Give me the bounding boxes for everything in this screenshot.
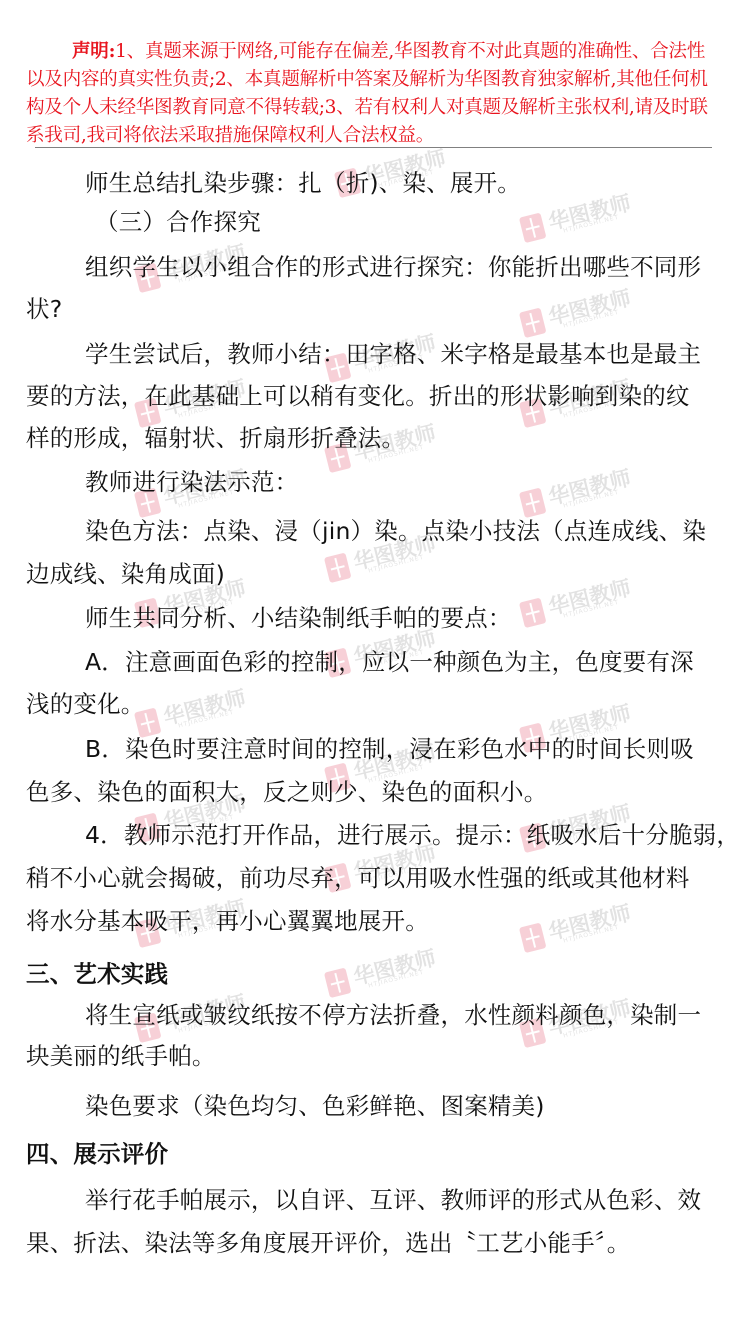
paragraph-dye-methods-cont: 边成线、染角成面) [26, 555, 716, 589]
paragraph-point-a-cont: 浅的变化。 [26, 685, 716, 719]
paragraph-group-inquiry-cont: 状? [26, 290, 716, 324]
paragraph-key-points: 师生共同分析、小结染制纸手帕的要点： [85, 599, 748, 633]
disclaimer: 声明:1、真题来源于网络,可能存在偏差,华图教育不对此真题的准确性、合法性以及内… [26, 38, 712, 150]
section-heading-display-review: 四、展示评价 [26, 1135, 716, 1169]
paragraph-teacher-summary: 学生尝试后，教师小结：田字格、米字格是最基本也是最主 [85, 335, 748, 369]
paragraph-point-b-cont: 色多、染色的面积大，反之则少、染色的面积小。 [26, 773, 716, 807]
disclaimer-lead: 声明: [72, 41, 115, 62]
paragraph-group-inquiry: 组织学生以小组合作的形式进行探究：你能折出哪些不同形 [85, 248, 748, 282]
document-page: 声明:1、真题来源于网络,可能存在偏差,华图教育不对此真题的准确性、合法性以及内… [0, 0, 748, 1335]
section-heading-cooperative-inquiry: （三）合作探究 [95, 203, 748, 237]
paragraph-step-4: 4．教师示范打开作品，进行展示。提示：纸吸水后十分脆弱， [85, 816, 748, 850]
paragraph-steps-summary: 师生总结扎染步骤：扎（折)、染、展开。 [85, 164, 748, 198]
paragraph-practice: 将生宣纸或皱纹纸按不停方法折叠，水性颜料颜色，染制一 [85, 996, 748, 1030]
paragraph-point-b: B．染色时要注意时间的控制，浸在彩色水中的时间长则吸 [85, 730, 748, 764]
paragraph-dye-demo: 教师进行染法示范： [85, 463, 748, 497]
paragraph-point-a: A．注意画面色彩的控制，应以一种颜色为主，色度要有深 [85, 643, 748, 677]
paragraph-step-4-cont: 将水分基本吸干，再小心翼翼地展开。 [26, 902, 716, 936]
paragraph-dye-methods: 染色方法：点染、浸（jin）染。点染小技法（点连成线、染 [85, 512, 748, 546]
paragraph-review: 举行花手帕展示，以自评、互评、教师评的形式从色彩、效 [85, 1181, 748, 1215]
header-divider [35, 147, 712, 148]
disclaimer-text: 1、真题来源于网络,可能存在偏差,华图教育不对此真题的准确性、合法性以及内容的真… [26, 41, 708, 146]
paragraph-practice-cont: 块美丽的纸手帕。 [26, 1037, 716, 1071]
paragraph-dye-requirements: 染色要求（染色均匀、色彩鲜艳、图案精美) [85, 1087, 748, 1121]
section-heading-art-practice: 三、艺术实践 [26, 955, 716, 989]
paragraph-step-4-cont: 稍不小心就会揭破，前功尽弃，可以用吸水性强的纸或其他材料 [26, 859, 716, 893]
paragraph-teacher-summary-cont: 要的方法，在此基础上可以稍有变化。折出的形状影响到染的纹 [26, 377, 716, 411]
paragraph-review-cont: 果、折法、染法等多角度展开评价，选出〝工艺小能手〞。 [26, 1224, 716, 1258]
paragraph-teacher-summary-cont: 样的形成，辐射状、折扇形折叠法。 [26, 419, 716, 453]
